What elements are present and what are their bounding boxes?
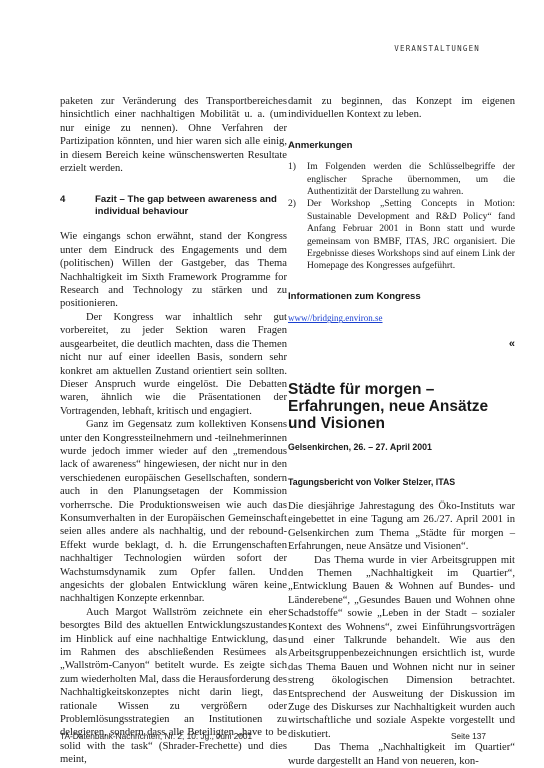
note-item: 1) Im Folgenden werden die Schlüsselbegr…	[288, 161, 515, 198]
article-title: Städte für morgen – Erfahrungen, neue An…	[288, 381, 515, 432]
footer-page-number: Seite 137	[451, 731, 486, 741]
section-title: Fazit – The gap between awareness and in…	[95, 194, 287, 218]
article-paragraph: Die diesjährige Jahrestagung des Öko-Ins…	[288, 500, 515, 554]
info-heading: Informationen zum Kongress	[288, 290, 515, 303]
running-head: VERANSTALTUNGEN	[394, 44, 480, 53]
body-paragraph: Der Kongress war inhaltlich sehr gut vor…	[60, 311, 287, 418]
note-text: Der Workshop „Setting Concepts in Motion…	[307, 198, 515, 272]
footer-publication: TA-Datenbank-Nachrichten, Nr. 2, 10. Jg.…	[60, 731, 252, 741]
continuation-paragraph: damit zu beginnen, das Konzept im eigene…	[288, 95, 515, 122]
note-item: 2) Der Workshop „Setting Concepts in Mot…	[288, 198, 515, 272]
intro-paragraph: paketen zur Veränderung des Transportber…	[60, 95, 287, 175]
congress-link[interactable]: www//bridging.environ.se	[288, 313, 383, 323]
note-number: 1)	[288, 161, 307, 198]
end-mark: «	[288, 338, 515, 351]
section-heading: 4 Fazit – The gap between awareness and …	[60, 194, 287, 218]
body-paragraph: Ganz im Gegensatz zum kollektiven Konsen…	[60, 418, 287, 606]
section-number: 4	[60, 194, 95, 218]
body-paragraph: Wie eingangs schon erwähnt, stand der Ko…	[60, 230, 287, 310]
article-paragraph: Das Thema wurde in vier Arbeitsgruppen m…	[288, 554, 515, 742]
notes-heading: Anmerkungen	[288, 139, 515, 152]
note-number: 2)	[288, 198, 307, 272]
right-column: damit zu beginnen, das Konzept im eigene…	[288, 95, 515, 768]
notes-list: 1) Im Folgenden werden die Schlüsselbegr…	[288, 161, 515, 273]
article-paragraph: Das Thema „Nachhaltigkeit im Quartier“ w…	[288, 741, 515, 768]
body-paragraph: Auch Margot Wallström zeichnete ein eher…	[60, 606, 287, 767]
article-author: Tagungsbericht von Volker Stelzer, ITAS	[288, 476, 515, 489]
note-text: Im Folgenden werden die Schlüsselbegriff…	[307, 161, 515, 198]
article-location-date: Gelsenkirchen, 26. – 27. April 2001	[288, 441, 515, 454]
left-column: paketen zur Veränderung des Transportber…	[60, 95, 287, 767]
